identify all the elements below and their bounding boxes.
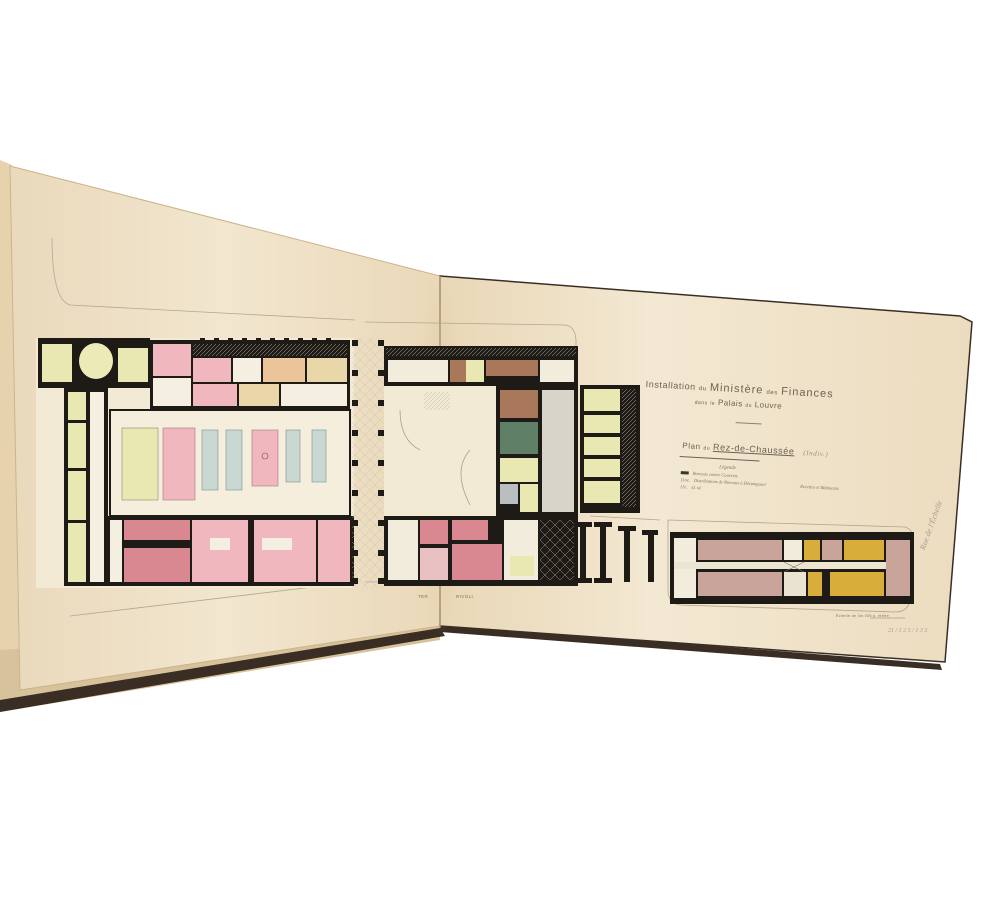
legend-text: id. id. <box>691 485 702 491</box>
north-pavilion-plan <box>580 385 640 513</box>
title-word: le <box>710 401 715 407</box>
title-divider <box>736 422 762 424</box>
plan-subtitle: Plan du Rez-de-Chaussée (Indiv.) <box>682 440 902 462</box>
title-word: des <box>766 390 778 397</box>
central-gallery-plan <box>352 338 384 588</box>
subtitle-word: Plan <box>682 441 701 451</box>
street-label-rivoli: RIVOLI <box>456 594 473 599</box>
pencil-note-numbers: 21 / 1 2 5 / 1 3 3 <box>888 628 938 634</box>
east-court-plan <box>384 346 578 586</box>
subtitle-word: du <box>703 445 710 451</box>
west-wing-plan <box>36 338 354 588</box>
legend-text: Bureaux contre Couverts <box>693 471 738 478</box>
legend-key: 11e. <box>680 484 688 489</box>
title-word: Palais <box>718 398 743 408</box>
title-word: Installation <box>645 379 696 392</box>
subtitle-word: Rez-de-Chaussée <box>713 442 795 457</box>
title-word: dans <box>695 400 708 407</box>
scale-bar <box>680 456 760 461</box>
legend-key: 11ne. <box>680 477 690 483</box>
legend-note: Recettes et Bâtiments <box>800 484 839 491</box>
photo-scene: Installation du Ministère des Finances d… <box>0 0 1000 900</box>
pencil-annotation: (Indiv.) <box>803 449 828 458</box>
street-label-left: TER <box>418 594 428 599</box>
scale-caption: Échelle de 0m.005 p. mètre <box>836 614 889 618</box>
title-word: Ministère <box>710 382 764 397</box>
title-word: du <box>699 386 707 392</box>
plan-title-block: Installation du Ministère des Finances d… <box>640 378 906 501</box>
title-word: du <box>745 403 752 409</box>
legend-swatch <box>681 471 689 474</box>
title-word: Finances <box>781 386 834 401</box>
title-word: Louvre <box>754 400 782 411</box>
